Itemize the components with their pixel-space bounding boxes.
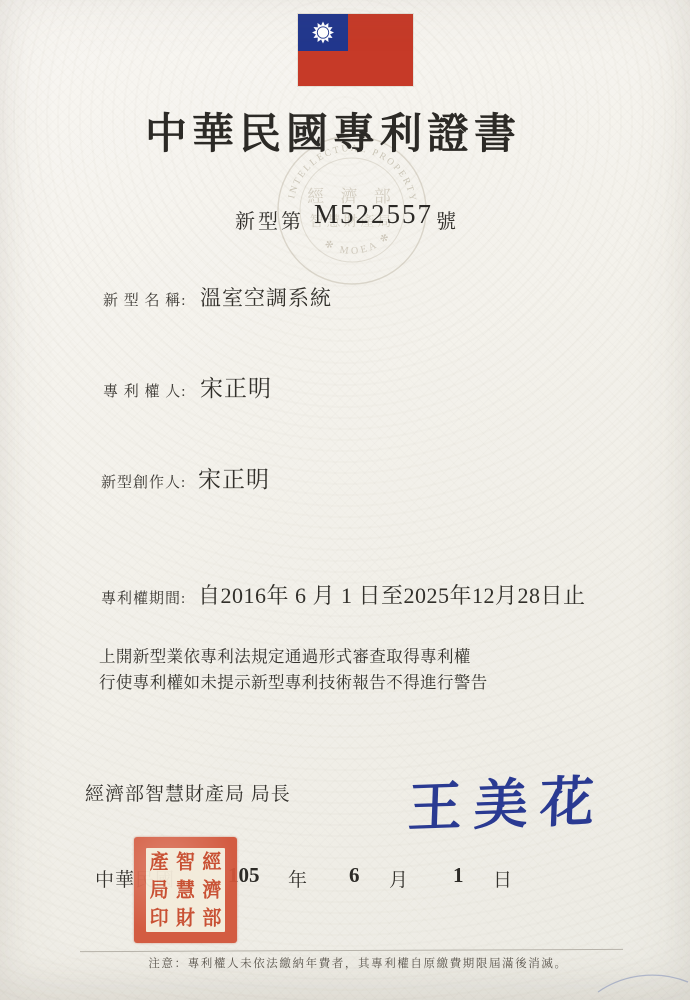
date-day: 1 [453, 863, 464, 888]
patent-number: M522557 [314, 199, 433, 230]
footnote-text: 注意：專利權人未依法繳納年費者，其專利權自原繳費期限屆滿後消滅。 [148, 955, 567, 971]
notice-line-1: 上開新型業依專利法規定通過形式審查取得專利權 [99, 644, 488, 670]
field-label: 專利權期間: [101, 587, 198, 608]
official-red-seal-stamp: 產 智 經 局 慧 濟 印 財 部 [134, 837, 237, 943]
date-day-unit: 日 [493, 865, 513, 892]
patent-certificate: INTELLECTUAL PROPERTY OFFICE ✻ MOEA ✻ 經 … [0, 0, 690, 1000]
seal-char: 局 [146, 875, 172, 904]
date-year-unit: 年 [288, 865, 308, 892]
date-month-unit: 月 [389, 865, 409, 892]
seal-char: 濟 [199, 875, 225, 904]
director-general-signature: 王美花 [407, 758, 608, 842]
field-utility-model-name: 新 型 名 稱: 溫室空調系統 [103, 282, 332, 312]
field-patent-term: 專利權期間: 自2016年 6 月 1 日至2025年12月28日止 [101, 579, 586, 610]
field-creator: 新型創作人: 宋正明 [101, 461, 270, 494]
footnote-divider [80, 949, 623, 952]
certificate-title: 中華民國專利證書 [0, 101, 678, 161]
svg-text:✻ MOEA ✻: ✻ MOEA ✻ [323, 230, 394, 257]
patent-number-prefix: 新型第 [235, 205, 304, 234]
patent-number-suffix: 號 [436, 205, 456, 234]
field-value: 自2016年 6 月 1 日至2025年12月28日止 [198, 579, 586, 610]
field-value: 溫室空調系統 [200, 282, 332, 312]
statutory-notice: 上開新型業依專利法規定通過形式審查取得專利權 行使專利權如未提示新型專利技術報告… [99, 644, 488, 696]
roc-flag-icon [298, 14, 413, 86]
field-label: 新 型 名 稱: [103, 289, 200, 310]
seal-char: 經 [199, 847, 225, 876]
seal-char: 智 [172, 847, 198, 876]
seal-char: 印 [146, 903, 172, 932]
issuer-agency-title: 經濟部智慧財產局 局長 [85, 779, 291, 806]
notice-line-2: 行使專利權如未提示新型專利技術報告不得進行警告 [99, 670, 488, 696]
field-label: 新型創作人: [101, 471, 198, 492]
seal-char: 財 [172, 903, 198, 932]
field-value: 宋正明 [198, 461, 270, 494]
seal-char: 產 [146, 847, 172, 876]
seal-char: 慧 [172, 875, 198, 904]
seal-char: 部 [199, 903, 225, 932]
watermark-ring-bottom-text: ✻ MOEA ✻ [323, 230, 394, 257]
field-label: 專 利 權 人: [103, 380, 200, 401]
field-value: 宋正明 [200, 370, 272, 403]
field-patentee: 專 利 權 人: 宋正明 [103, 370, 272, 403]
seal-characters: 產 智 經 局 慧 濟 印 財 部 [146, 848, 225, 932]
stray-ink-mark [596, 966, 690, 1000]
date-month: 6 [349, 863, 360, 888]
